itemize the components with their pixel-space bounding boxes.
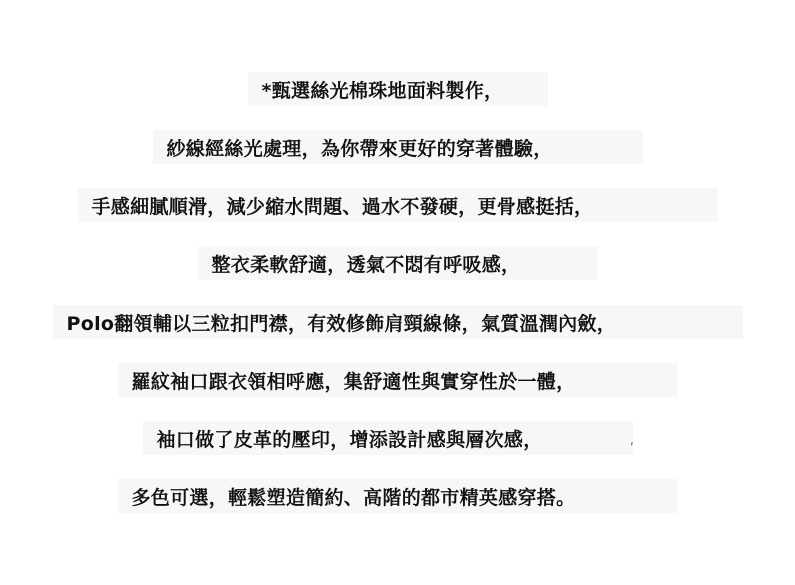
description-text: 整衣柔軟舒適，透氣不悶有呼吸感， xyxy=(198,246,598,280)
description-line-4: 整衣柔軟舒適，透氣不悶有呼吸感， xyxy=(0,243,795,283)
description-text: 袖口做了皮革的壓印，增添設計感與層次感， xyxy=(143,421,633,455)
description-line-3: 手感細膩順滑，減少縮水問題、過水不發硬，更骨感挺括， xyxy=(0,185,795,225)
description-text: *甄選絲光棉珠地面料製作， xyxy=(248,72,548,106)
description-line-5: Polo翻領輔以三粒扣門襟，有效修飾肩頸線條，氣質溫潤內斂， xyxy=(0,302,795,342)
description-line-8: 多色可選，輕鬆塑造簡約、高階的都市精英感穿搭。 xyxy=(0,476,795,516)
description-text: Polo翻領輔以三粒扣門襟，有效修飾肩頸線條，氣質溫潤內斂， xyxy=(53,305,743,339)
description-text: 手感細膩順滑，減少縮水問題、過水不發硬，更骨感挺括， xyxy=(78,188,718,222)
description-line-2: 紗線經絲光處理，為你帶來更好的穿著體驗， xyxy=(0,127,795,167)
description-line-7: 袖口做了皮革的壓印，增添設計感與層次感， xyxy=(0,418,795,458)
description-line-1: *甄選絲光棉珠地面料製作， xyxy=(0,69,795,109)
stray-comma-mark: , xyxy=(630,433,634,447)
description-text: 紗線經絲光處理，為你帶來更好的穿著體驗， xyxy=(153,130,643,164)
description-text: 多色可選，輕鬆塑造簡約、高階的都市精英感穿搭。 xyxy=(118,479,678,513)
description-line-6: 羅紋袖口跟衣領相呼應，集舒適性與實穿性於一體， xyxy=(0,360,795,400)
description-text: 羅紋袖口跟衣領相呼應，集舒適性與實穿性於一體， xyxy=(118,363,678,397)
